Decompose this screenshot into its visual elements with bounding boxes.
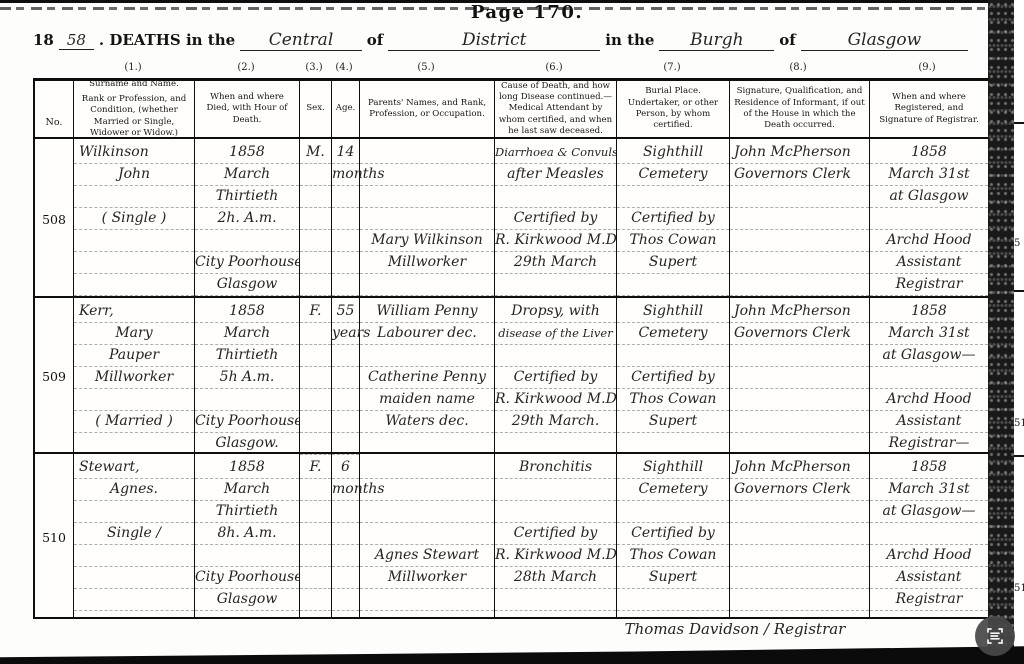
entry-line: 1858 — [870, 457, 988, 479]
entry-line: Agnes. — [74, 479, 194, 501]
column-number-3: (3.) — [305, 62, 322, 73]
entry-line: Supert — [617, 411, 729, 433]
entry-line: Agnes Stewart — [360, 545, 494, 567]
entry-508-sex: M. — [300, 139, 332, 298]
of-label-1: of — [362, 31, 388, 49]
entry-line: Millworker — [360, 567, 494, 589]
entry-line — [300, 589, 331, 611]
entry-line: 1858 — [870, 142, 988, 164]
column-header-cause: Cause of Death, and how long Disease con… — [495, 81, 617, 139]
entry-line — [617, 186, 729, 208]
entry-line — [195, 230, 299, 252]
entry-line — [730, 367, 869, 389]
entry-line: ( Single ) — [74, 208, 194, 230]
entry-line: F. — [300, 457, 331, 479]
entry-line — [74, 589, 194, 611]
margin-rule-tick — [1014, 290, 1024, 292]
entry-line: Kerr, — [74, 301, 194, 323]
column-number-9: (9.) — [918, 62, 935, 73]
margin-page-number: 51 — [1014, 583, 1024, 594]
entry-508-died: 1858MarchThirtieth2h. A.m.City Poorhouse… — [195, 139, 300, 298]
entry-line — [300, 208, 331, 230]
column-header-sex: Sex. — [300, 81, 332, 139]
entry-509-sex: F. — [300, 298, 332, 454]
entry-line: John McPherson — [730, 301, 869, 323]
entry-line — [332, 208, 359, 230]
column-header-died: When and where Died, with Hour of Death. — [195, 81, 300, 139]
margin-rule-tick — [1014, 455, 1024, 457]
district-name: Central — [240, 30, 362, 51]
entry-508-age: 14months — [332, 139, 360, 298]
entry-line: Mary — [74, 323, 194, 345]
entry-line — [495, 433, 616, 454]
margin-rule-tick — [1014, 122, 1024, 124]
registrar-signature: Thomas Davidson / Registrar — [540, 620, 930, 638]
entry-line — [300, 367, 331, 389]
entry-line: March 31st — [870, 479, 988, 501]
entry-line: disease of the Liver — [495, 323, 616, 345]
entry-509-no: 509 — [35, 298, 74, 454]
entry-line — [300, 323, 331, 345]
entry-line: Assistant — [870, 411, 988, 433]
entry-line: Single / — [74, 523, 194, 545]
entry-line: at Glasgow— — [870, 345, 988, 367]
entry-line: Registrar — [870, 589, 988, 611]
column-header-no: No. — [35, 81, 74, 139]
entry-line — [300, 274, 331, 296]
entry-line — [730, 567, 869, 589]
entry-line — [360, 433, 494, 454]
page-edge-strip: 55151 — [1014, 0, 1024, 664]
entry-line: maiden name — [360, 389, 494, 411]
entry-line — [360, 142, 494, 164]
entry-line — [195, 545, 299, 567]
entry-510-age: 6months — [332, 454, 360, 617]
entry-508-parents: Mary WilkinsonMillworker — [360, 139, 495, 298]
entry-line — [360, 208, 494, 230]
entry-line: Catherine Penny — [360, 367, 494, 389]
entry-line: Sighthill — [617, 301, 729, 323]
entry-line — [332, 501, 359, 523]
entry-line — [332, 433, 359, 455]
entry-line: March — [195, 323, 299, 345]
margin-page-number: 5 — [1014, 238, 1020, 249]
entry-line: Supert — [617, 567, 729, 589]
entry-line — [74, 545, 194, 567]
entry-line — [332, 589, 359, 611]
entry-line — [730, 545, 869, 567]
entry-line: R. Kirkwood M.D. — [495, 545, 616, 567]
entry-line — [300, 479, 331, 501]
entry-line — [332, 411, 359, 433]
entry-line: Certified by — [617, 367, 729, 389]
entry-line — [495, 589, 616, 611]
of-label-2: of — [774, 31, 800, 49]
entry-509-parents: William PennyLabourer dec.Catherine Penn… — [360, 298, 495, 454]
entry-line — [360, 589, 494, 611]
entry-line: Labourer dec. — [360, 323, 494, 345]
transcribe-icon[interactable] — [975, 616, 1015, 656]
entry-509-name: Kerr,MaryPauperMillworker( Married ) — [74, 298, 195, 454]
scan-binding-edge — [988, 0, 1014, 664]
entry-line: March — [195, 479, 299, 501]
entry-line: Cemetery — [617, 323, 729, 345]
entry-line — [730, 589, 869, 611]
entry-line — [360, 479, 494, 501]
in-the-label: in the — [600, 31, 659, 49]
entry-line — [495, 479, 616, 501]
entry-line: Thirtieth — [195, 501, 299, 523]
entry-line: John — [74, 164, 194, 186]
column-number-5: (5.) — [417, 62, 434, 73]
entry-line — [360, 164, 494, 186]
entry-line — [730, 523, 869, 545]
entry-line — [730, 208, 869, 230]
column-header-burial: Burial Place. Undertaker, or other Perso… — [617, 81, 730, 139]
entry-line — [332, 567, 359, 589]
entry-line: Diarrhoea & Convulsions — [495, 142, 616, 164]
entry-line — [495, 274, 616, 296]
entry-510-informant: John McPhersonGovernors Clerk — [730, 454, 870, 617]
column-header-name: Surname and Name.Rank or Profession, and… — [74, 81, 195, 139]
entry-line: 1858 — [195, 142, 299, 164]
entry-line — [332, 345, 359, 367]
entry-line: City Poorhouse — [195, 411, 299, 433]
entry-line: Glasgow — [195, 274, 299, 296]
entry-line: 29th March — [495, 252, 616, 274]
entry-line — [300, 186, 331, 208]
entry-line: William Penny — [360, 301, 494, 323]
entry-line: March 31st — [870, 323, 988, 345]
entry-line: Cemetery — [617, 164, 729, 186]
entry-line: Millworker — [360, 252, 494, 274]
entry-line: March — [195, 164, 299, 186]
entry-line — [74, 501, 194, 523]
entry-line — [730, 274, 869, 296]
entry-line: Thirtieth — [195, 345, 299, 367]
entry-line: Waters dec. — [360, 411, 494, 433]
entry-line — [300, 389, 331, 411]
entry-line — [300, 433, 331, 455]
entry-line: Thos Cowan — [617, 230, 729, 252]
entry-line: ( Married ) — [74, 411, 194, 433]
entry-line — [870, 367, 988, 389]
entry-508-burial: SighthillCemeteryCertified byThos CowanS… — [617, 139, 730, 298]
entry-508-no: 508 — [35, 139, 74, 298]
entry-line: Glasgow. — [195, 433, 299, 454]
entry-line — [74, 252, 194, 274]
entry-line: months — [332, 479, 359, 501]
year-written: 58 — [59, 31, 94, 50]
column-header-parents: Parents' Names, and Rank, Profession, or… — [360, 81, 495, 139]
entry-line — [360, 345, 494, 367]
entry-line: R. Kirkwood M.D. — [495, 389, 616, 411]
entry-line: 1858 — [870, 301, 988, 323]
entry-line — [332, 186, 359, 208]
entry-line — [730, 501, 869, 523]
entry-line: Thos Cowan — [617, 389, 729, 411]
entry-510-name: Stewart,Agnes.Single / — [74, 454, 195, 617]
entry-line — [300, 567, 331, 589]
entry-line — [300, 230, 331, 252]
entry-line — [730, 411, 869, 433]
entry-line — [730, 230, 869, 252]
entry-line: Sighthill — [617, 142, 729, 164]
entry-line: Certified by — [495, 523, 616, 545]
entry-line — [332, 367, 359, 389]
entry-line — [495, 501, 616, 523]
entry-line: F. — [300, 301, 331, 323]
entry-line — [300, 164, 331, 186]
column-numbers: (1.)(2.)(3.)(4.)(5.)(6.)(7.)(8.)(9.) — [33, 62, 986, 77]
entry-line: 2h. A.m. — [195, 208, 299, 230]
entry-510-no: 510 — [35, 454, 74, 617]
entry-line — [617, 274, 729, 296]
entry-line — [360, 501, 494, 523]
entry-508-name: WilkinsonJohn( Single ) — [74, 139, 195, 298]
entry-510-registered: 1858March 31stat Glasgow—Archd HoodAssis… — [870, 454, 988, 617]
entry-line: Certified by — [617, 208, 729, 230]
entry-510-parents: Agnes StewartMillworker — [360, 454, 495, 617]
entry-line — [730, 345, 869, 367]
entry-line: Certified by — [495, 367, 616, 389]
entry-line: 8h. A.m. — [195, 523, 299, 545]
entry-line — [730, 252, 869, 274]
entry-509-age: 55years — [332, 298, 360, 454]
entry-line — [360, 523, 494, 545]
page-number: Page 170. — [452, 2, 602, 23]
year-prefix: 18 — [28, 31, 59, 49]
entry-line: Thirtieth — [195, 186, 299, 208]
entry-line — [495, 186, 616, 208]
scan-bottom-edge — [0, 640, 1024, 664]
entry-line — [300, 501, 331, 523]
entry-line: Certified by — [617, 523, 729, 545]
entry-509-burial: SighthillCemeteryCertified byThos CowanS… — [617, 298, 730, 454]
column-number-7: (7.) — [663, 62, 680, 73]
entry-line: Governors Clerk — [730, 479, 869, 501]
entry-line — [360, 274, 494, 296]
register-table: No.Surname and Name.Rank or Profession, … — [33, 78, 990, 619]
entry-510-burial: SighthillCemeteryCertified byThos CowanS… — [617, 454, 730, 617]
entry-line — [74, 186, 194, 208]
entry-line — [74, 567, 194, 589]
entry-510-cause: BronchitisCertified byR. Kirkwood M.D.28… — [495, 454, 617, 617]
entry-508-informant: John McPhersonGovernors Clerk — [730, 139, 870, 298]
entry-line — [617, 589, 729, 611]
entry-line — [300, 523, 331, 545]
register-title-line: 18 58 . DEATHS in the Central of Distric… — [28, 30, 968, 51]
entry-line: Governors Clerk — [730, 323, 869, 345]
entry-line: Certified by — [495, 208, 616, 230]
entry-line — [730, 186, 869, 208]
entry-line — [617, 345, 729, 367]
entry-509-cause: Dropsy, withdisease of the LiverCertifie… — [495, 298, 617, 454]
entry-line — [332, 545, 359, 567]
entry-line: Sighthill — [617, 457, 729, 479]
entry-line: at Glasgow — [870, 186, 988, 208]
entry-line: Registrar— — [870, 433, 988, 454]
entry-line: Assistant — [870, 567, 988, 589]
entry-line: Supert — [617, 252, 729, 274]
entry-line — [495, 345, 616, 367]
entry-line: Cemetery — [617, 479, 729, 501]
entry-line — [332, 523, 359, 545]
entry-line: 6 — [332, 457, 359, 479]
entry-line — [360, 457, 494, 479]
entry-line: 1858 — [195, 457, 299, 479]
column-number-2: (2.) — [237, 62, 254, 73]
margin-page-number: 51 — [1014, 418, 1024, 429]
entry-line: after Measles — [495, 164, 616, 186]
entry-line: Stewart, — [74, 457, 194, 479]
entry-line — [332, 274, 359, 296]
entry-line: Dropsy, with — [495, 301, 616, 323]
entry-line: 14 — [332, 142, 359, 164]
entry-line — [332, 252, 359, 274]
entry-line — [300, 545, 331, 567]
entry-510-sex: F. — [300, 454, 332, 617]
entry-line: years — [332, 323, 359, 345]
city-name: Glasgow — [801, 30, 968, 51]
entry-line — [300, 411, 331, 433]
entry-line — [74, 433, 194, 454]
entry-line: Thos Cowan — [617, 545, 729, 567]
entry-line: at Glasgow— — [870, 501, 988, 523]
entry-509-informant: John McPhersonGovernors Clerk — [730, 298, 870, 454]
entry-line — [730, 433, 869, 454]
column-number-8: (8.) — [789, 62, 806, 73]
entry-line: City Poorhouse — [195, 252, 299, 274]
entry-line: 5h A.m. — [195, 367, 299, 389]
entry-line — [617, 501, 729, 523]
entry-line — [74, 389, 194, 411]
entry-line: John McPherson — [730, 142, 869, 164]
entry-line — [74, 274, 194, 296]
entry-line — [730, 389, 869, 411]
entry-508-cause: Diarrhoea & Convulsionsafter MeaslesCert… — [495, 139, 617, 298]
entry-line — [300, 345, 331, 367]
deaths-label: . DEATHS in the — [94, 31, 240, 49]
entry-line — [360, 186, 494, 208]
entry-line: John McPherson — [730, 457, 869, 479]
entry-line: Glasgow — [195, 589, 299, 611]
column-header-registered: When and where Registered, and Signature… — [870, 81, 988, 139]
entry-line: Millworker — [74, 367, 194, 389]
column-header-age: Age. — [332, 81, 360, 139]
entry-line: March 31st — [870, 164, 988, 186]
entry-line — [332, 389, 359, 411]
column-header-informant: Signature, Qualification, and Residence … — [730, 81, 870, 139]
entry-509-registered: 1858March 31stat Glasgow—Archd HoodAssis… — [870, 298, 988, 454]
entry-line: Wilkinson — [74, 142, 194, 164]
column-number-6: (6.) — [545, 62, 562, 73]
entry-line: Archd Hood — [870, 389, 988, 411]
entry-line: City Poorhouse — [195, 567, 299, 589]
burgh-word: Burgh — [659, 30, 774, 51]
entry-line: Governors Clerk — [730, 164, 869, 186]
scanned-register-page: { "header": { "page_label": "Page 170.",… — [0, 0, 1024, 664]
entry-line: 29th March. — [495, 411, 616, 433]
entry-510-died: 1858MarchThirtieth8h. A.m.City Poorhouse… — [195, 454, 300, 617]
entry-line: Archd Hood — [870, 545, 988, 567]
district-word: District — [388, 30, 600, 51]
entry-line: 1858 — [195, 301, 299, 323]
entry-line: R. Kirkwood M.D. — [495, 230, 616, 252]
entry-line: Archd Hood — [870, 230, 988, 252]
entry-line: months — [332, 164, 359, 186]
entry-line: Assistant — [870, 252, 988, 274]
entry-line: 55 — [332, 301, 359, 323]
entry-line — [870, 208, 988, 230]
entry-line: Bronchitis — [495, 457, 616, 479]
entry-line — [195, 389, 299, 411]
entry-line — [870, 523, 988, 545]
column-number-4: (4.) — [335, 62, 352, 73]
entry-line: Mary Wilkinson — [360, 230, 494, 252]
entry-line: M. — [300, 142, 331, 164]
entry-line — [332, 230, 359, 252]
entry-line: Pauper — [74, 345, 194, 367]
entry-line — [300, 252, 331, 274]
entry-line — [617, 433, 729, 454]
column-number-1: (1.) — [124, 62, 141, 73]
entry-509-died: 1858MarchThirtieth5h A.m.City PoorhouseG… — [195, 298, 300, 454]
entry-line: Registrar — [870, 274, 988, 296]
entry-line — [74, 230, 194, 252]
entry-line: 28th March — [495, 567, 616, 589]
entry-508-registered: 1858March 31stat GlasgowArchd HoodAssist… — [870, 139, 988, 298]
